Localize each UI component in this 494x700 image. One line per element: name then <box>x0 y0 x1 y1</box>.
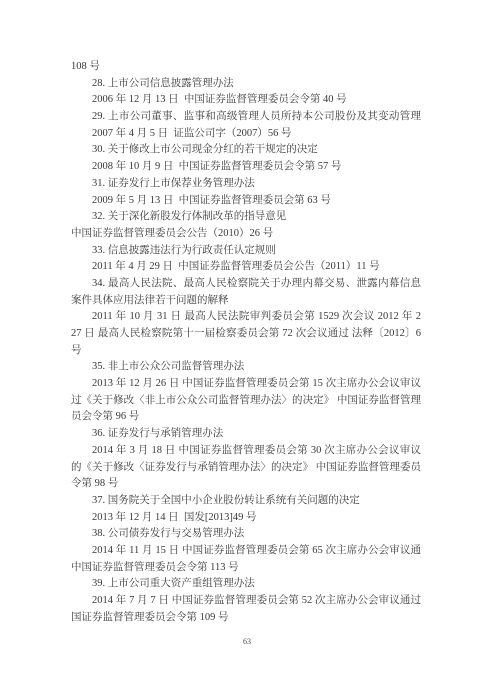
text-line: 2014 年 7 月 7 日 中国证券监督管理委员会第 52 次主席办公会审议通… <box>71 593 421 610</box>
regulation-list: 108 号28. 上市公司信息披露管理办法2006 年 12 月 13 日 中国… <box>71 59 421 626</box>
text-line: 36. 证券发行与承销管理办法 <box>71 426 421 443</box>
text-line: 2014 年 11 月 15 日 中国证券监督管理委员会第 65 次主席办公会审… <box>71 543 421 560</box>
text-line: 34. 最高人民法院、最高人民检察院关于办理内幕交易、泄露内幕信息刑事 <box>71 276 421 293</box>
text-line: 号 <box>71 343 421 360</box>
text-line: 2007 年 4 月 5 日 证监公司字（2007）56 号 <box>71 126 421 143</box>
text-line: 39. 上市公司重大资产重组管理办法 <box>71 576 421 593</box>
text-line: 中国证券监督管理委员会公告（2010）26 号 <box>71 226 421 243</box>
text-line: 29. 上市公司董事、监事和高级管理人员所持本公司股份及其变动管理规则 <box>71 109 421 126</box>
text-line: 2006 年 12 月 13 日 中国证券监督管理委员会令第 40 号 <box>71 92 421 109</box>
text-line: 108 号 <box>71 59 421 76</box>
text-line: 28. 上市公司信息披露管理办法 <box>71 76 421 93</box>
document-page: 108 号28. 上市公司信息披露管理办法2006 年 12 月 13 日 中国… <box>0 0 494 700</box>
text-line: 2011 年 10 月 31 日 最高人民法院审判委员会第 1529 次会议 2… <box>71 309 421 326</box>
text-line: 2013 年 12 月 14 日 国发[2013]49 号 <box>71 510 421 527</box>
text-line: 27 日 最高人民检察院第十一届检察委员会第 72 次会议通过 法释〔2012〕… <box>71 326 421 343</box>
text-line: 2009 年 5 月 13 日 中国证券监督管理委员会第 63 号 <box>71 193 421 210</box>
text-line: 30. 关于修改上市公司现金分红的若干规定的决定 <box>71 142 421 159</box>
text-line: 令第 98 号 <box>71 476 421 493</box>
text-line: 的《关于修改〈证券发行与承销管理办法〉的决定》 中国证券监督管理委员会 <box>71 460 421 477</box>
text-line: 2008 年 10 月 9 日 中国证券监督管理委员会令第 57 号 <box>71 159 421 176</box>
text-line: 国证券监督管理委员会令第 109 号 <box>71 610 421 627</box>
text-line: 35. 非上市公众公司监督管理办法 <box>71 359 421 376</box>
text-line: 2011 年 4 月 29 日 中国证券监督管理委员会公告（2011）11 号 <box>71 259 421 276</box>
text-line: 2014 年 3 月 18 日 中国证券监督管理委员会第 30 次主席办公会议审… <box>71 443 421 460</box>
text-line: 31. 证券发行上市保荐业务管理办法 <box>71 176 421 193</box>
text-line: 过《关于修改〈非上市公众公司监督管理办法〉的决定》 中国证券监督管理委 <box>71 393 421 410</box>
text-line: 38. 公司债券发行与交易管理办法 <box>71 526 421 543</box>
text-line: 32. 关于深化新股发行体制改革的指导意见 <box>71 209 421 226</box>
text-line: 员会令第 96 号 <box>71 409 421 426</box>
text-line: 中国证券监督管理委员会令第 113 号 <box>71 560 421 577</box>
text-line: 2013 年 12 月 26 日 中国证券监督管理委员会第 15 次主席办公会议… <box>71 376 421 393</box>
text-line: 案件具体应用法律若干问题的解释 <box>71 293 421 310</box>
text-line: 37. 国务院关于全国中小企业股份转让系统有关问题的决定 <box>71 493 421 510</box>
page-number: 63 <box>0 637 494 646</box>
text-line: 33. 信息披露违法行为行政责任认定规则 <box>71 243 421 260</box>
